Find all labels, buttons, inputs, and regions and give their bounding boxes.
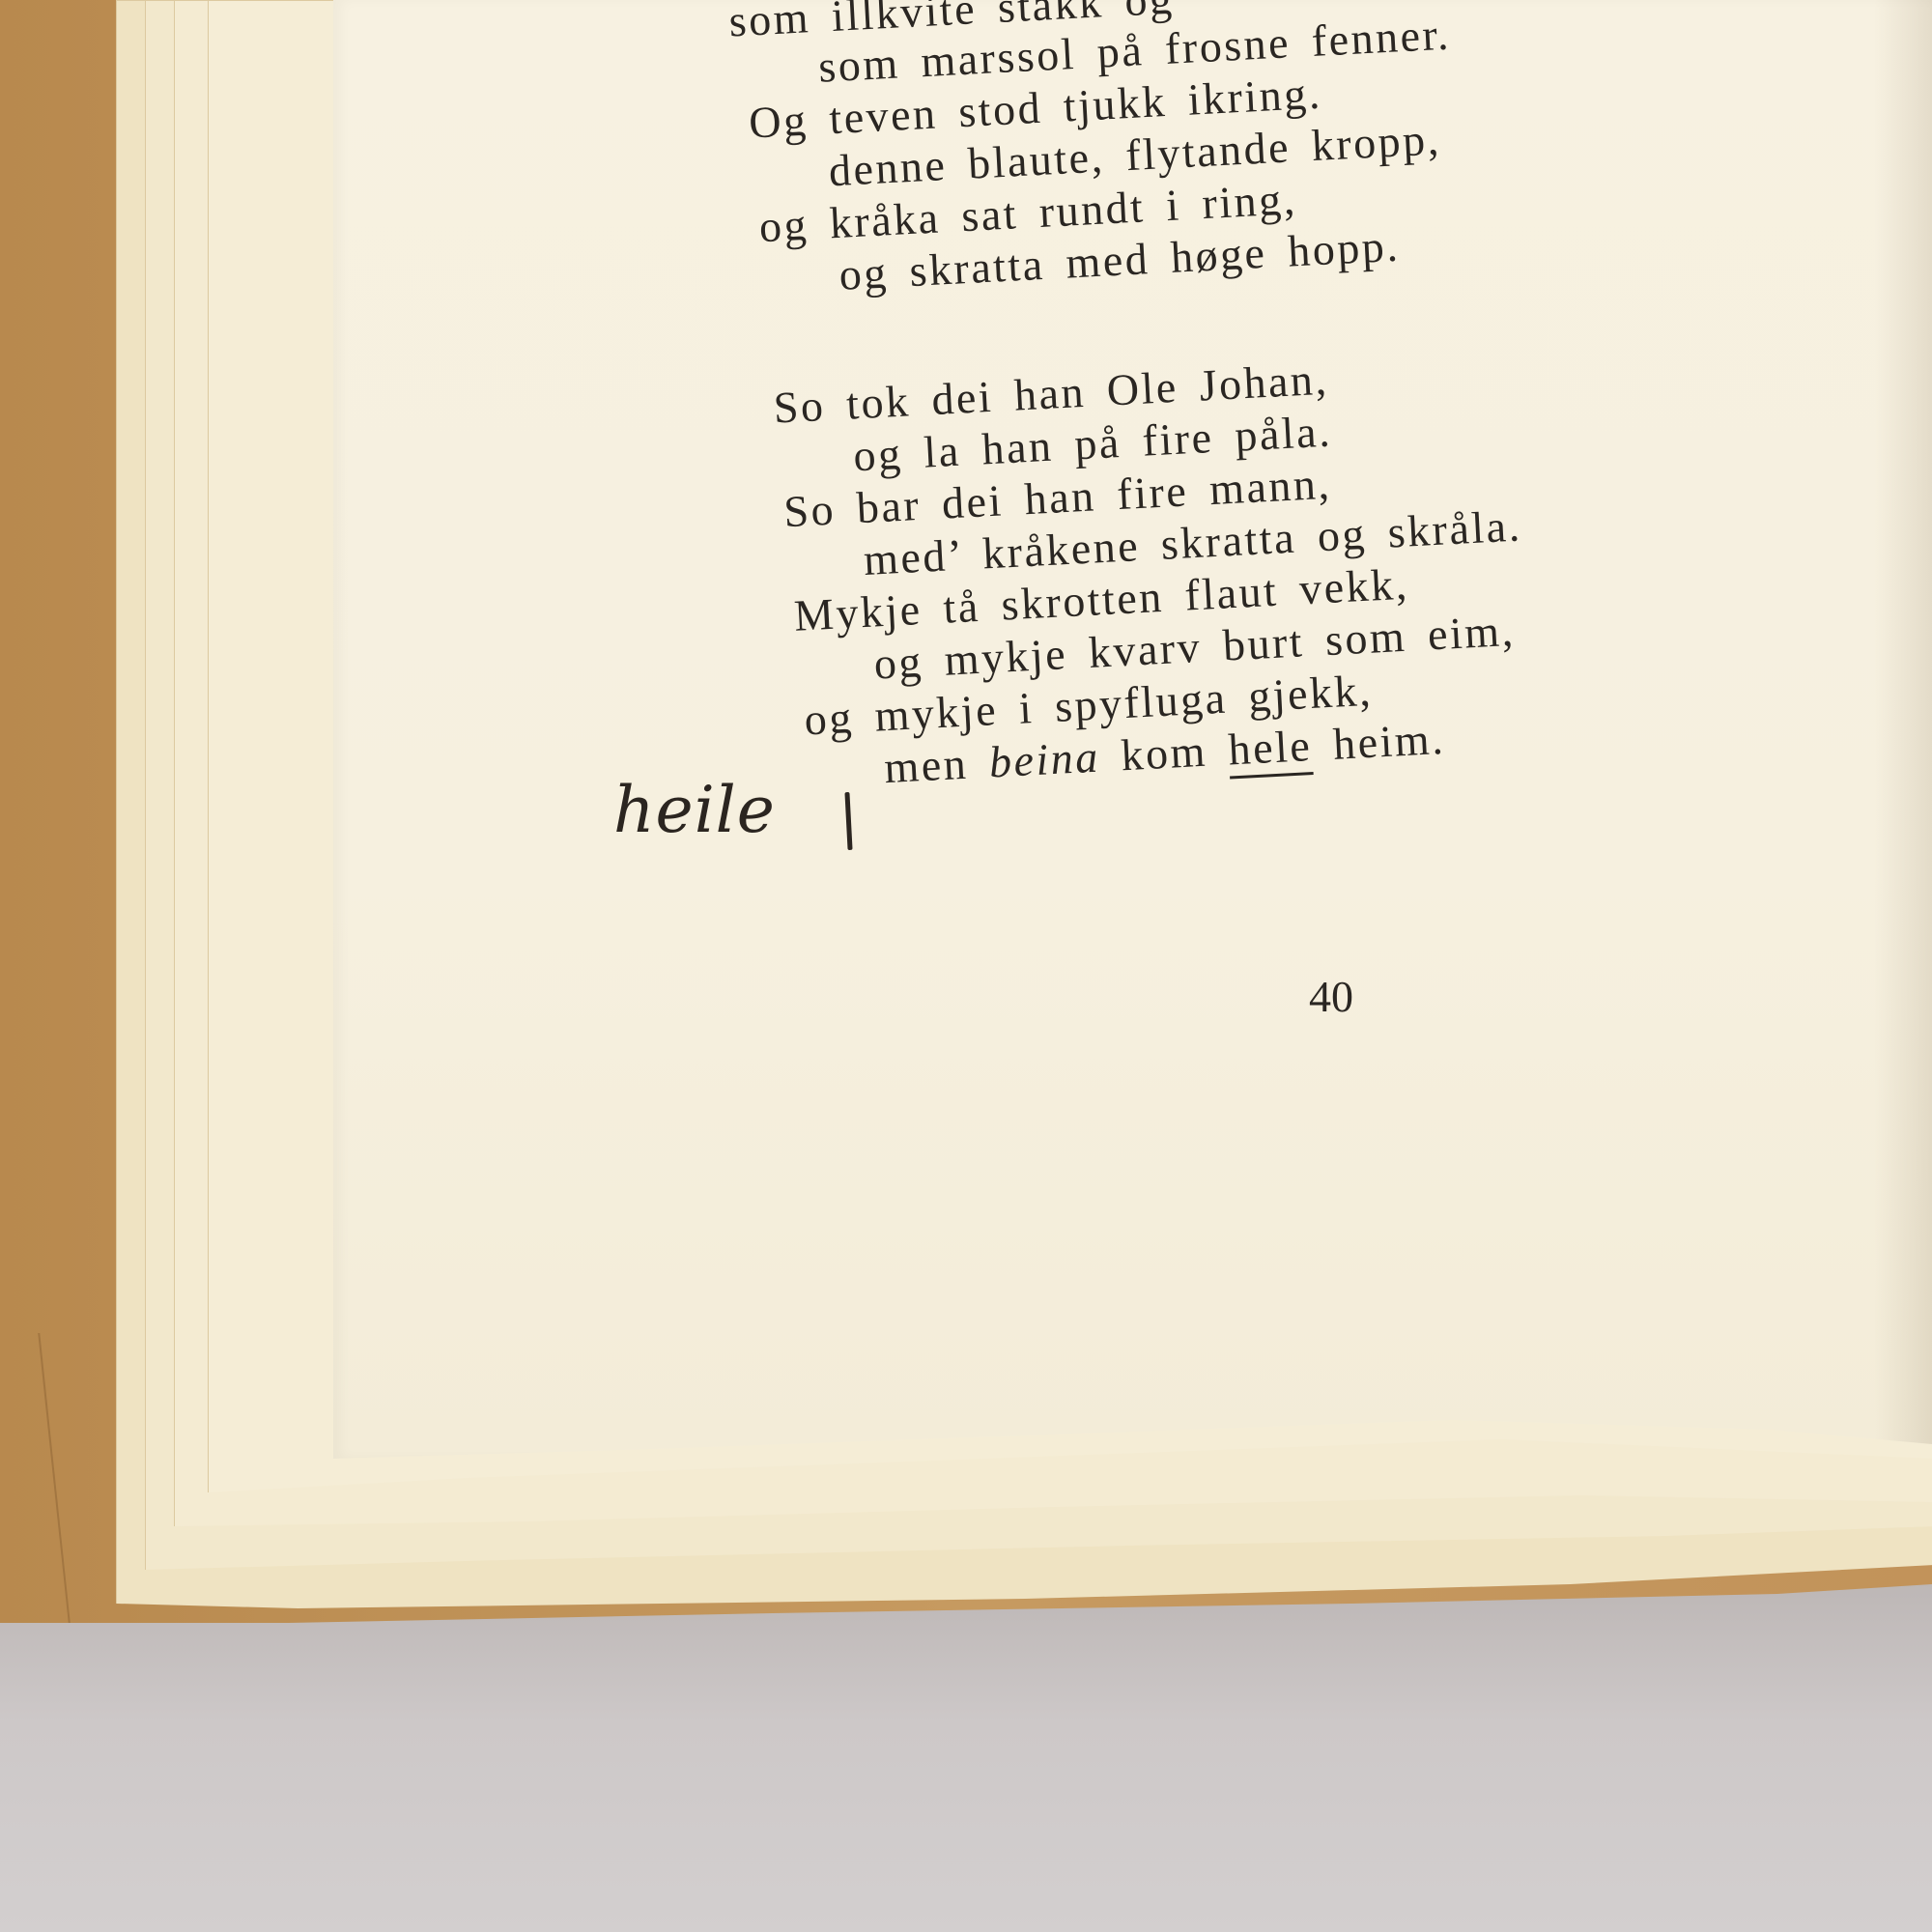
last-line-suffix: heim. <box>1311 714 1446 770</box>
last-line-middle: kom <box>1098 725 1230 781</box>
table-surface <box>0 1584 1932 1932</box>
underlined-word: hele <box>1227 721 1313 774</box>
handwritten-correction: heile <box>613 773 776 847</box>
page-number: 40 <box>1309 971 1353 1022</box>
last-line-prefix: men <box>883 738 990 793</box>
poem-text: som illkvite stakk og som marssol på fro… <box>0 0 1932 1118</box>
italic-word: beina <box>988 732 1101 787</box>
